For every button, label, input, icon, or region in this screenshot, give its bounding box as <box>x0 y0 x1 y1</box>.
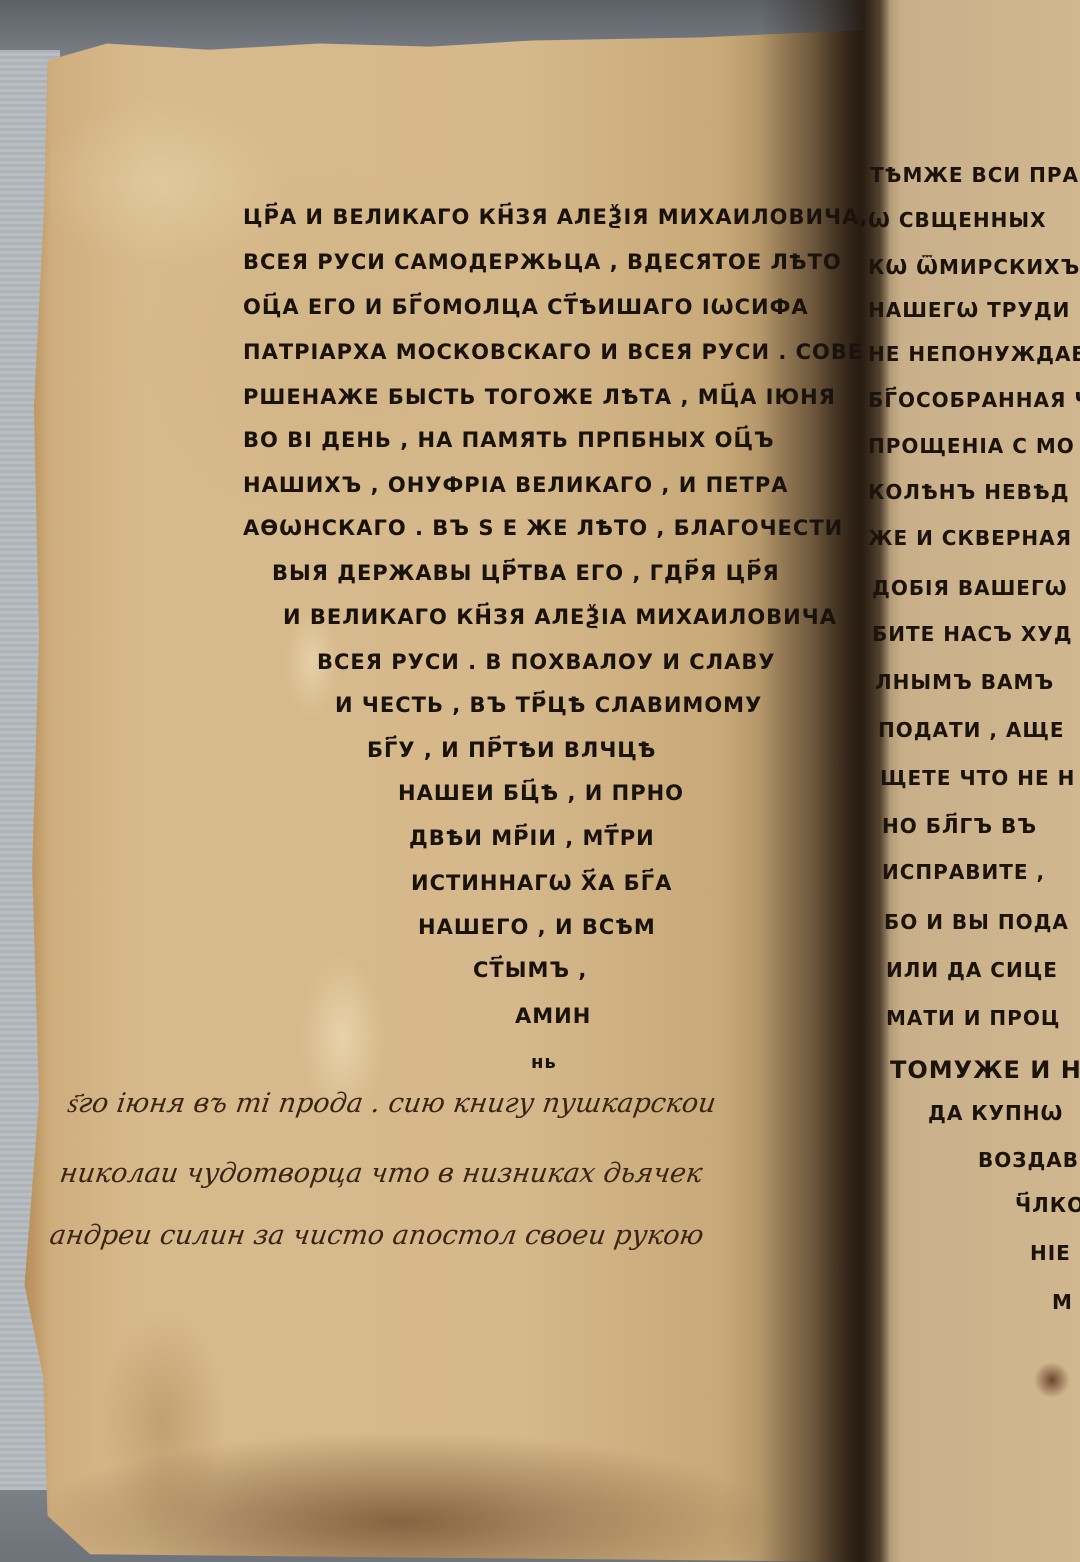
printed-line: подати , аще <box>878 720 1065 740</box>
printed-line: ч҃лко <box>1015 1195 1080 1215</box>
book-gutter-shadow <box>760 0 890 1562</box>
printed-line: выя державы цр҃тва его , гдр҃я цр҃я <box>272 563 780 584</box>
printed-line: истиннагѡ х҃а бг҃а <box>411 873 672 894</box>
handwritten-line: ѕ҃го іюня въ ті прода . сию книгу пушкар… <box>66 1090 718 1117</box>
printed-line: нашего , и всѣм <box>418 917 656 938</box>
printed-line: мати и проц <box>886 1008 1060 1028</box>
printed-line: во ві день , на память прпбных оц҃ъ <box>243 430 775 451</box>
handwritten-line: николаи чудотворца что в низниках дьячек <box>58 1160 704 1187</box>
signature-mark: нь <box>531 1052 557 1073</box>
handwritten-line: андреи силин за чисто апостол своеи руко… <box>48 1222 705 1249</box>
printed-line: цр҃а и великаго кн҃зя алеѯія михаиловича… <box>243 207 868 228</box>
printed-line: ршенаже бысть тогоже лѣта , мц҃а іюня <box>243 387 836 408</box>
printed-line: бг҃у , и пр҃тѣи влчцѣ <box>367 740 656 761</box>
printed-line: щете что не н <box>880 768 1075 788</box>
printed-line: всея руси самодержьца , вдесятое лѣто <box>243 252 842 273</box>
printed-line: добія вашегѡ <box>872 578 1068 598</box>
printed-line: кѡ ѿмирскихъ <box>868 257 1080 277</box>
printed-line: двѣи мр҃іи , мт҃ри <box>409 828 655 849</box>
printed-line: ѡ свщенных <box>868 210 1047 230</box>
printed-line: воздав <box>978 1150 1079 1170</box>
printed-line: же и скверная <box>868 528 1072 548</box>
printed-line: Тѣмже вси пра <box>870 165 1079 185</box>
printed-line: или да сице <box>886 960 1058 980</box>
printed-line: и великаго кн҃зя алеѯіа михаиловича <box>283 607 837 628</box>
printed-line: м <box>1052 1292 1073 1312</box>
printed-line: нашихъ , онуфріа великаго , и петра <box>243 475 788 496</box>
printed-line: и честь , въ тр҃цѣ славимому <box>335 695 762 716</box>
printed-line: лнымъ вамъ <box>875 672 1054 692</box>
printed-line: бите насъ худ <box>872 624 1073 644</box>
printed-line: бг҃особранная ч <box>868 390 1080 410</box>
printed-line: нашегѡ труди <box>868 300 1070 320</box>
printed-line: всея руси . в похвалоу и славу <box>317 652 776 673</box>
printed-line: ст҃ымъ , <box>473 960 587 981</box>
printed-line: оц҃а его и бг҃омолца ст҃ѣишаго іѡсифа <box>243 297 809 318</box>
printed-line: Томуже и н <box>890 1058 1080 1082</box>
printed-line: бо и вы пода <box>884 912 1069 932</box>
printed-line: но бл҃гъ въ <box>882 816 1037 836</box>
printed-line: аѳѡнскаго . въ ѕ е же лѣто , благочести <box>243 518 843 539</box>
printed-line: патріарха московскаго и всея руси . Сове <box>243 342 863 363</box>
printed-line: нашеи бц҃ѣ , и прно <box>398 783 684 804</box>
printed-line: да купнѡ <box>928 1103 1063 1123</box>
printed-line: не непонуждаетъ <box>868 344 1080 364</box>
printed-line: колѣнъ невѣд <box>868 482 1070 502</box>
printed-line: амин <box>515 1006 591 1027</box>
printed-line: прощеніа с мо <box>868 436 1075 456</box>
printed-line: исправите , <box>882 862 1045 882</box>
printed-line: ніе <box>1030 1243 1071 1263</box>
